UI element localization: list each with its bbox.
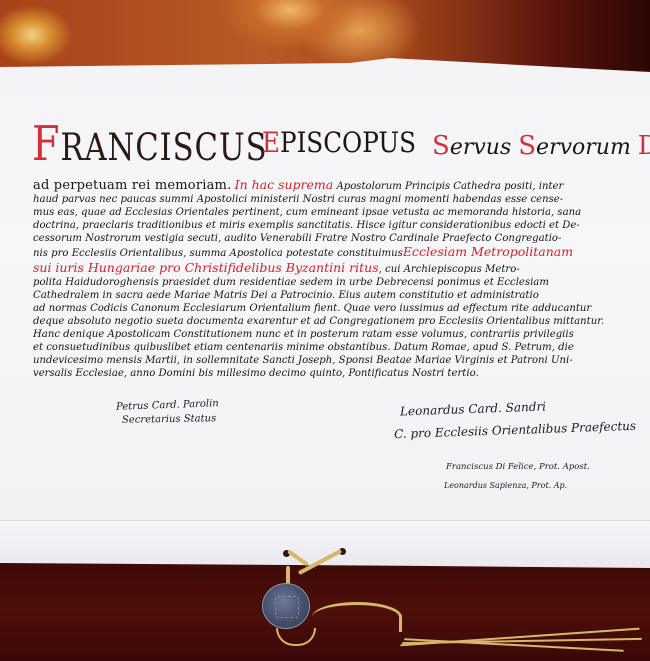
lead-phrase: ad perpetuam rei memoriam. <box>33 178 231 193</box>
body-text-line: , cui Archiepiscopus Metro- <box>379 264 520 275</box>
red-sui-iuris-hungariae: sui iuris Hungariae pro Christifidelibus… <box>33 261 379 275</box>
body-line: polita Haidudoroghensis praesidet dum re… <box>33 276 603 289</box>
body-text-line: Apostolorum Principis Cathedra positi, i… <box>336 181 563 192</box>
signature-protonotary-2: Leonardus Sapienza, Prot. Ap. <box>444 481 567 490</box>
title-episcopus: EPISCOPUS <box>262 126 416 159</box>
title-servus-servorum-dei: Servus Servorum Dei <box>432 131 650 161</box>
title-episcopus-rest: PISCOPUS <box>280 126 416 159</box>
body-line: versalis Ecclesiae, anno Domini bis mill… <box>33 367 603 380</box>
red-initial-f: F <box>32 116 60 172</box>
body-line: Hanc denique Apostolicam Constitutionem … <box>33 328 603 341</box>
body-line: cessorum Nostrorum vestigia secuti, audi… <box>33 232 603 245</box>
body-line: doctrina, praeclaris traditionibus et mi… <box>33 219 603 232</box>
seal-relief-icon <box>275 596 299 618</box>
body-line: et consuetudinibus quibuslibet etiam cen… <box>33 341 603 354</box>
body-line: mus eas, quae ad Ecclesias Orientales pe… <box>33 206 603 219</box>
red-initial-e: E <box>262 126 280 159</box>
wooden-table-background <box>0 0 650 70</box>
signature-secretary-title: Secretarius Status <box>122 413 216 426</box>
body-line: deque absoluto negotio sueta documenta e… <box>33 315 603 328</box>
red-initial-s2: S <box>518 131 536 161</box>
body-line-1: ad perpetuam rei memoriam. In hac suprem… <box>33 178 603 193</box>
red-initial-d: D <box>638 131 650 161</box>
body-line: undevicesimo mensis Martii, in sollemnit… <box>33 354 603 367</box>
lead-seal-icon <box>262 583 310 629</box>
body-text-line: nis pro Ecclesiis Orientalibus, summa Ap… <box>33 248 403 259</box>
document-body: ad perpetuam rei memoriam. In hac suprem… <box>33 178 603 380</box>
body-line: Cathedralem in sacra aede Mariae Matris … <box>33 289 603 302</box>
body-line: ad normas Codicis Canonum Ecclesiarum Or… <box>33 302 603 315</box>
red-incipit: In hac suprema <box>235 178 334 192</box>
red-initial-s1: S <box>432 131 450 161</box>
body-line-constituimus: nis pro Ecclesiis Orientalibus, summa Ap… <box>33 245 603 260</box>
body-line-hungariae: sui iuris Hungariae pro Christifidelibus… <box>33 261 603 276</box>
body-line: haud parvas nec paucas summi Apostolici … <box>33 193 603 206</box>
title-franciscus-rest: RANCISCUS <box>60 126 267 169</box>
signature-protonotary-1: Franciscus Di Felice, Prot. Apost. <box>446 462 590 472</box>
red-ecclesiam-metropolitanam: Ecclesiam Metropolitanam <box>403 245 573 259</box>
gold-cord-rope <box>312 602 402 632</box>
document-heading: FRANCISCUS EPISCOPUS Servus Servorum Dei <box>30 110 630 170</box>
title-franciscus: FRANCISCUS <box>32 116 267 172</box>
